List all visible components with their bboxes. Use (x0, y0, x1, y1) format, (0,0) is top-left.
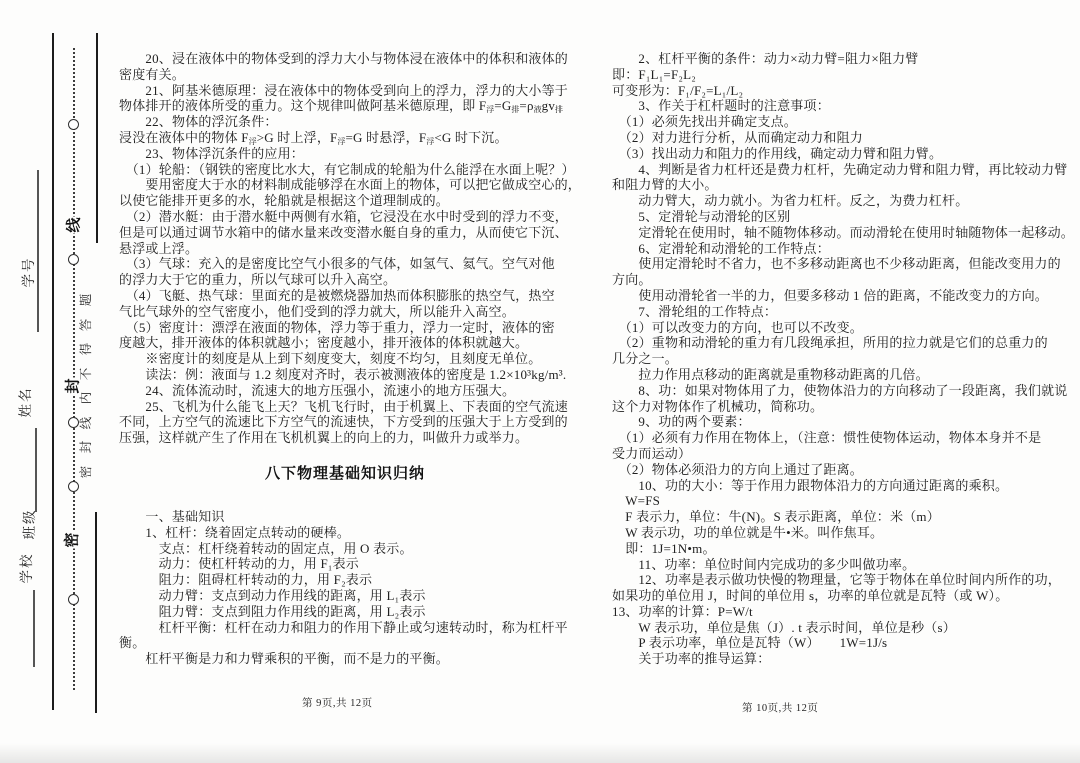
text-line: 几分之一。 (612, 351, 1070, 367)
seal-warning-char: 密 (76, 465, 94, 478)
text-line: 可变形为：F₁/F₂=L₁/L₂ (612, 83, 1070, 99)
text-line: （4）飞艇、热气球：里面充的是被燃烧器加热而体积膨胀的热空气，热空 (119, 288, 571, 304)
text-line: 动力：使杠杆转动的力，用 F₁表示 (119, 556, 571, 572)
text-line: （3）气球：充入的是密度比空气小很多的气体，如氢气、氦气。空气对他 (119, 256, 571, 272)
seal-char-mi: 密 (61, 531, 82, 548)
text-line: 的浮力大于它的重力，所以气球可以升入高空。 (119, 272, 571, 288)
text-line: 衡。 (119, 635, 571, 651)
text-line: 使用定滑轮时不省力，也不多移动距离也不少移动距离，但能改变用力的 (612, 256, 1070, 272)
school-fill-line (33, 590, 35, 667)
text-line: 杠杆平衡：杠杆在动力和阻力的作用下静止或匀速转动时，称为杠杆平 (119, 620, 571, 636)
text-line: 23、物体浮沉条件的应用： (119, 146, 571, 162)
seal-circle (68, 594, 79, 605)
name-fill-line (35, 428, 37, 512)
text-line: （1）必须有力作用在物体上，（注意：惯性使物体运动，物体本身并不是 (612, 430, 1070, 446)
text-line: 动力臂：支点到动力作用线的距离，用 L₁表示 (119, 588, 571, 604)
text-line: （2）对力进行分析，从而确定动力和阻力 (612, 130, 1070, 146)
text-line: （3）找出动力和阻力的作用线，确定动力臂和阻力臂。 (612, 146, 1070, 162)
seal-outer-line (52, 33, 54, 710)
text-line: 即：F₁L₁=F₂L₂ (612, 67, 1070, 83)
text-line: 读法：例：液面与 1.2 刻度对齐时，表示被测液体的密度是 1.2×10³kg/… (119, 367, 571, 383)
seal-warning-char: 题 (76, 294, 94, 307)
text-line: 即：1J=1N•m。 (612, 541, 1070, 557)
text-line: 7、滑轮组的工作特点： (612, 304, 1070, 320)
seal-circle (68, 481, 79, 492)
text-line: 1、杠杆：绕着固定点转动的硬棒。 (119, 525, 571, 541)
text-line: 动力臂大，动力就小。为省力杠杆。反之，为费力杠杆。 (612, 193, 1070, 209)
text-line: 受力而运动） (612, 446, 1070, 462)
text-line: 压强，这样就产生了作用在飞机机翼上的向上的力，叫做升力或举力。 (119, 430, 571, 446)
text-line: 阻力臂：支点到阻力作用线的距离，用 L₂表示 (119, 604, 571, 620)
page-9: 20、浸在液体中的物体受到的浮力大小与物体浸在液体中的体积和液体的密度有关。 2… (119, 51, 571, 667)
seal-char-xian: 线 (63, 216, 84, 233)
text-line: 物体排开的液体所受的重力。这个规律叫做阿基米德原理，即 F浮=G排=ρ液gv排 (119, 98, 571, 114)
text-line: W=FS (612, 493, 1070, 509)
school-label: 学校 (15, 553, 35, 584)
text-line: 以使它能排开更多的水，轮船就是根据这个道理制成的。 (119, 193, 571, 209)
text-line: 浸没在液体中的物体 F浮>G 时上浮，F浮=G 时悬浮，F浮<G 时下沉。 (119, 130, 571, 146)
text-line: （2）物体必须沿力的方向上通过了距离。 (612, 462, 1070, 478)
text-line: 9、功的两个要素： (612, 414, 1070, 430)
text-line: （5）密度计：漂浮在液面的物体，浮力等于重力，浮力一定时，液体的密 (119, 320, 571, 336)
text-line: （1）轮船：（钢铁的密度比水大，有它制成的轮船为什么能浮在水面上呢？） (119, 162, 571, 178)
text-line: （1）可以改变力的方向，也可以不改变。 (612, 320, 1070, 336)
text-line: 密度有关。 (119, 67, 571, 83)
student-id-label: 学号 (17, 257, 37, 288)
text-line: 25、飞机为什么能飞上天？飞机飞行时，由于机翼上、下表面的空气流速 (119, 399, 571, 415)
page9-body-top: 20、浸在液体中的物体受到的浮力大小与物体浸在液体中的体积和液体的密度有关。 2… (119, 51, 571, 446)
text-line: 24、流体流动时，流速大的地方压强小，流速小的地方压强大。 (119, 383, 571, 399)
page10-footer: 第 10页,共 12页 (742, 700, 818, 715)
text-line: 方向。 (612, 272, 1070, 288)
text-line: W 表示功，单位是焦（J）. t 表示时间，单位是秒（s） (612, 620, 1070, 636)
seal-warning-char: 内 (76, 392, 94, 405)
text-line: 8、功：如果对物体用了力，使物体沿力的方向移动了一段距离，我们就说 (612, 383, 1070, 399)
text-line: 不同，上方空气的流速比下方空气的流速快，下方受到的压强大于上方受到的 (119, 414, 571, 430)
scan-edge-shadow (0, 743, 1080, 763)
section-heading: 八下物理基础知识归纳 (119, 462, 571, 483)
seal-inner-line-top (96, 33, 98, 243)
seal-warning-char: 封 (76, 441, 94, 454)
page9-footer: 第 9页,共 12页 (302, 695, 373, 710)
text-line: 6、定滑轮和动滑轮的工作特点： (612, 241, 1070, 257)
text-line: 使用动滑轮省一半的力，但要多移动 1 倍的距离，不能改变力的方向。 (612, 288, 1070, 304)
text-line: W 表示功，功的单位就是牛•米。叫作焦耳。 (612, 525, 1070, 541)
text-line: 11、功率：单位时间内完成功的多少叫做功率。 (612, 557, 1070, 573)
text-line: 悬浮或上浮。 (119, 241, 571, 257)
text-line: ※密度计的刻度是从上到下刻度变大，刻度不均匀，且刻度无单位。 (119, 351, 571, 367)
text-line: 这个力对物体作了机械功，简称功。 (612, 399, 1070, 415)
text-line: 和阻力臂的大小。 (612, 177, 1070, 193)
text-line: 20、浸在液体中的物体受到的浮力大小与物体浸在液体中的体积和液体的 (119, 51, 571, 67)
text-line: （2）潜水艇：由于潜水艇中两侧有水箱，它浸没在水中时受到的浮力不变， (119, 209, 571, 225)
page9-body-bottom: 一、基础知识 1、杠杆：绕着固定点转动的硬棒。 支点：杠杆绕着转动的固定点，用 … (119, 509, 571, 667)
text-line: 但是可以通过调节水箱中的储水量来改变潜水艇自身的重力，从而使它下沉、 (119, 225, 571, 241)
seal-warning-char: 答 (76, 318, 94, 331)
text-line: （1）必须先找出并确定支点。 (612, 114, 1070, 130)
text-line: 13、功率的计算：P=W/t (612, 604, 1070, 620)
text-line: 2、杠杆平衡的条件：动力×动力臂=阻力×阻力臂 (612, 51, 1070, 67)
text-line: 气比气球外的空气密度小，他们受到的浮力就大，所以能升入高空。 (119, 304, 571, 320)
seal-warning-char: 得 (76, 343, 94, 356)
text-line: F 表示力，单位：牛(N)。S 表示距离，单位：米（m） (612, 509, 1070, 525)
text-line: 支点：杠杆绕着转动的固定点，用 O 表示。 (119, 541, 571, 557)
seal-warning-char: 不 (76, 367, 94, 380)
text-line: 如果功的单位用 J，时间的单位用 s，功率的单位就是瓦特（或 W）。 (612, 588, 1070, 604)
text-line: 12、功率是表示做功快慢的物理量，它等于物体在单位时间内所作的功， (612, 572, 1070, 588)
text-line: 5、定滑轮与动滑轮的区别 (612, 209, 1070, 225)
text-line: （2）重物和动滑轮的重力有几段绳承担，所用的拉力就是它们的总重力的 (612, 335, 1070, 351)
text-line: P 表示功率，单位是瓦特（W） 1W=1J/s (612, 635, 1070, 651)
text-line: 4、判断是省力杠杆还是费力杠杆，先确定动力臂和阻力臂，再比较动力臂 (612, 162, 1070, 178)
seal-circle (68, 254, 79, 265)
name-label: 姓名 (14, 387, 34, 418)
text-line: 22、物体的浮沉条件： (119, 114, 571, 130)
text-line: 要用密度大于水的材料制成能够浮在水面上的物体，可以把它做成空心的， (119, 177, 571, 193)
text-line: 定滑轮在使用时，轴不随物体移动。而动滑轮在使用时轴随物体一起移动。 (612, 225, 1070, 241)
text-line: 关于功率的推导运算： (612, 651, 1070, 667)
page10-body: 2、杠杆平衡的条件：动力×动力臂=阻力×阻力臂即：F₁L₁=F₂L₂可变形为：F… (612, 51, 1070, 667)
text-line: 阻力：阻碍杠杆转动的力，用 F₂表示 (119, 572, 571, 588)
text-line: 3、作关于杠杆题时的注意事项： (612, 98, 1070, 114)
page-10: 2、杠杆平衡的条件：动力×动力臂=阻力×阻力臂即：F₁L₁=F₂L₂可变形为：F… (612, 51, 1070, 667)
seal-circle (68, 119, 79, 130)
scanned-exam-sheet: 学号 姓名 班级 学校 线 封 密 题答得不内线封密 20、浸在液体中的物体受到… (0, 0, 1080, 763)
class-label: 班级 (18, 509, 38, 540)
seal-inner-line-bottom (95, 512, 97, 713)
text-line: 一、基础知识 (119, 509, 571, 525)
text-line: 度越大，排开液体的体积就越小；密度越小，排开液体的体积就越大。 (119, 335, 571, 351)
text-line: 10、功的大小：等于作用力跟物体沿力的方向通过距离的乘积。 (612, 478, 1070, 494)
seal-warning-char: 线 (76, 416, 94, 429)
text-line: 拉力作用点移动的距离就是重物移动距离的几倍。 (612, 367, 1070, 383)
student-id-fill-line (37, 170, 39, 332)
text-line: 杠杆平衡是力和力臂乘积的平衡，而不是力的平衡。 (119, 651, 571, 667)
text-line: 21、阿基米德原理：浸在液体中的物体受到向上的浮力，浮力的大小等于 (119, 83, 571, 99)
